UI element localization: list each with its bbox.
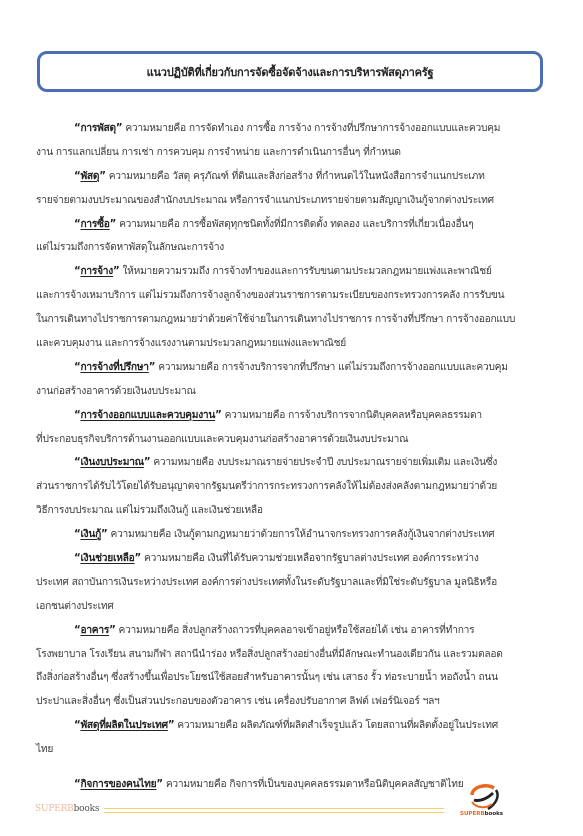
definition-term: “การซื้อ” — [74, 219, 116, 230]
definition-text: ความหมายคือ การจัดทำเอง การซื้อ การจ้าง … — [125, 123, 500, 134]
definition-text: ความหมายคือ สิ่งปลูกสร้างถาวรที่บุคคลอาจ… — [119, 625, 475, 636]
definition-first-line: “การจ้างออกแบบและควบคุมงาน” ความหมายคือ … — [36, 404, 552, 428]
definition-first-line: “พัสดุที่ผลิตในประเทศ” ความหมายคือ ผลิตภ… — [36, 714, 552, 738]
definition-term: “การจ้างออกแบบและควบคุมงาน” — [74, 410, 222, 421]
paragraph-gap — [36, 762, 552, 773]
definition-text: ความหมายคือ การจ้างบริการจากที่ปรึกษา แต… — [158, 362, 508, 373]
definition-text: ความหมายคือ การจ้างบริการจากนิติบุคคลหรื… — [225, 410, 482, 421]
definition-first-line: “การจ้าง” ให้หมายความรวมถึง การจ้างทำของ… — [36, 260, 552, 284]
definition-term: “พัสดุ” — [74, 171, 106, 182]
definition-term: “กิจการของคนไทย” — [74, 779, 163, 790]
definition-first-line: “การซื้อ” ความหมายคือ การซื้อพัสดุทุกชนิ… — [36, 213, 552, 237]
definition-first-line: “การพัสดุ” ความหมายคือ การจัดทำเอง การซื… — [36, 117, 552, 141]
definition-text: ความหมายคือ เงินที่ได้รับความช่วยเหลือจา… — [144, 553, 479, 564]
definition-text: ความหมายคือ วัสดุ ครุภัณฑ์ ที่ดินและสิ่ง… — [109, 171, 485, 182]
definition-continuation-line: แต่ไม่รวมถึงการจัดหาพัสดุในลักษณะการจ้าง — [36, 236, 552, 260]
definition-continuation-line: ที่ประกอบธุรกิจบริการด้านงานออกแบบและควบ… — [36, 428, 552, 452]
definition-term: “การจ้างที่ปรึกษา” — [74, 362, 155, 373]
definitions-body: “การพัสดุ” ความหมายคือ การจัดทำเอง การซื… — [36, 117, 552, 797]
book-swoosh-icon — [460, 782, 510, 812]
definition-continuation-line: ถึงสิ่งก่อสร้างอื่นๆ ซึ่งสร้างขึ้นเพื่อป… — [36, 666, 552, 690]
definition-continuation-line: โรงพยาบาล โรงเรียน สนามกีฬา สถานีนำร่อง … — [36, 643, 552, 667]
definition-continuation-line: วิธีการงบประมาณ แต่ไม่รวมถึงเงินกู้ และเ… — [36, 499, 552, 523]
definition-continuation-line: และควบคุมงาน และการจ้างแรงงานตามประมวลกฎ… — [36, 332, 552, 356]
definition-continuation-line: รายจ่ายตามงบประมาณของสำนักงบประมาณ หรือก… — [36, 189, 552, 213]
definition-continuation-line: เอกชนต่างประเทศ — [36, 595, 552, 619]
definition-continuation-line: ประเทศ สถาบันการเงินระหว่างประเทศ องค์กา… — [36, 571, 552, 595]
definition-continuation-line: ในการเดินทางไปราชการตามกฎหมายว่าด้วยค่าใ… — [36, 308, 552, 332]
logo-wordmark: SUPERBbooks — [460, 811, 516, 817]
definition-continuation-line: งานก่อสร้างอาคารด้วยเงินงบประมาณ — [36, 380, 552, 404]
definition-continuation-line: และการจ้างเหมาบริการ แต่ไม่รวมถึงการจ้าง… — [36, 284, 552, 308]
definition-first-line: “พัสดุ” ความหมายคือ วัสดุ ครุภัณฑ์ ที่ดิ… — [36, 165, 552, 189]
definition-first-line: “เงินงบประมาณ” ความหมายคือ งบประมาณรายจ่… — [36, 451, 552, 475]
definition-text: ความหมายคือ ผลิตภัณฑ์ที่ผลิตสำเร็จรูปแล้… — [177, 720, 498, 731]
definition-term: “อาคาร” — [74, 625, 116, 636]
definition-first-line: “เงินช่วยเหลือ” ความหมายคือ เงินที่ได้รั… — [36, 547, 552, 571]
definition-term: “เงินช่วยเหลือ” — [74, 553, 141, 564]
definition-text: ความหมายคือ กิจการที่เป็นของบุคคลธรรมดาห… — [166, 779, 464, 790]
page-title: แนวปฏิบัติที่เกี่ยวกับการจัดซื้อจัดจ้างแ… — [147, 63, 434, 81]
definition-text: ความหมายคือ งบประมาณรายจ่ายประจำปี งบประ… — [153, 457, 497, 468]
definition-text: ความหมายคือ การซื้อพัสดุทุกชนิดทั้งที่มี… — [119, 219, 473, 230]
footer-divider — [104, 808, 444, 813]
superbooks-logo: SUPERBbooks — [460, 782, 510, 822]
definition-term: “พัสดุที่ผลิตในประเทศ” — [74, 720, 174, 731]
definition-first-line: “การจ้างที่ปรึกษา” ความหมายคือ การจ้างบร… — [36, 356, 552, 380]
definition-term: “เงินกู้” — [74, 529, 108, 540]
definition-continuation-line: งาน การแลกเปลี่ยน การเช่า การควบคุม การจ… — [36, 141, 552, 165]
definition-term: “การพัสดุ” — [74, 123, 122, 134]
definition-first-line: “เงินกู้” ความหมายคือ เงินกู้ตามกฎหมายว่… — [36, 523, 552, 547]
definition-continuation-line: ไทย — [36, 738, 552, 762]
definition-term: “เงินงบประมาณ” — [74, 457, 150, 468]
definition-continuation-line: ประปาและสิ่งอื่นๆ ซึ่งเป็นส่วนประกอบของต… — [36, 690, 552, 714]
definition-first-line: “อาคาร” ความหมายคือ สิ่งปลูกสร้างถาวรที่… — [36, 619, 552, 643]
definition-term: “การจ้าง” — [74, 266, 119, 277]
definition-continuation-line: ส่วนราชการได้รับไว้โดยได้รับอนุญาตจากรัฐ… — [36, 475, 552, 499]
definition-text: ความหมายคือ เงินกู้ตามกฎหมายว่าด้วยการให… — [111, 529, 495, 540]
footer-brand-text: SUPERBbooks — [35, 804, 99, 814]
title-frame: แนวปฏิบัติที่เกี่ยวกับการจัดซื้อจัดจ้างแ… — [37, 51, 543, 92]
definition-text: ให้หมายความรวมถึง การจ้างทำของและการรับข… — [122, 266, 491, 277]
